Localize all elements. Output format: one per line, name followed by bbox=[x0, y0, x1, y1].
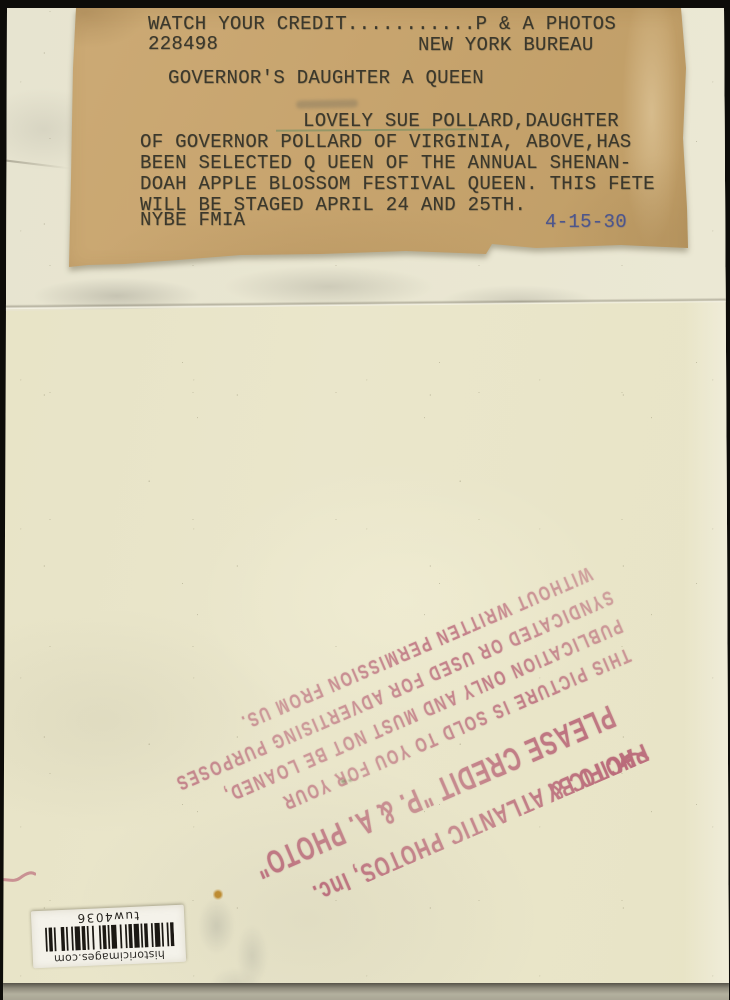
stamp-fragment-mark bbox=[0, 866, 36, 892]
barcode-sticker: historicimages.com tuw4036 bbox=[31, 905, 186, 969]
caption-header-line: WATCH YOUR CREDIT...........P & A PHOTOS bbox=[148, 14, 616, 34]
caption-title: GOVERNOR'S DAUGHTER A QUEEN bbox=[168, 68, 484, 88]
bureau-label: NEW YORK BUREAU bbox=[418, 35, 594, 55]
wire-code: NYBE FMIA bbox=[140, 210, 245, 230]
photo-verso-paper: PHOTO BY PACIFIC & ATLANTIC PHOTOS, Inc.… bbox=[0, 0, 730, 1000]
bottom-edge-strip bbox=[0, 983, 730, 1000]
typed-caption: WATCH YOUR CREDIT...........P & A PHOTOS… bbox=[140, 14, 680, 254]
caption-body-line: OF GOVERNOR POLLARD OF VIRGINIA, ABOVE,H… bbox=[140, 132, 631, 152]
date-stamp: 4-15-30 bbox=[545, 212, 627, 232]
caption-body-line: DOAH APPLE BLOSSOM FESTIVAL QUEEN. THIS … bbox=[140, 174, 655, 194]
caption-body-line: LOVELY SUE POLLARD,DAUGHTER bbox=[303, 111, 619, 131]
caption-body-line: BEEN SELECTED Q UEEN OF THE ANNUAL SHENA… bbox=[140, 153, 631, 173]
scanned-photo-back: PHOTO BY PACIFIC & ATLANTIC PHOTOS, Inc.… bbox=[0, 0, 730, 1000]
caption-slip-paper: WATCH YOUR CREDIT...........P & A PHOTOS… bbox=[66, 8, 689, 270]
caption-slip: WATCH YOUR CREDIT...........P & A PHOTOS… bbox=[66, 8, 689, 270]
photo-number: 228498 bbox=[148, 34, 218, 54]
sticker-code: tuw4036 bbox=[76, 909, 140, 926]
